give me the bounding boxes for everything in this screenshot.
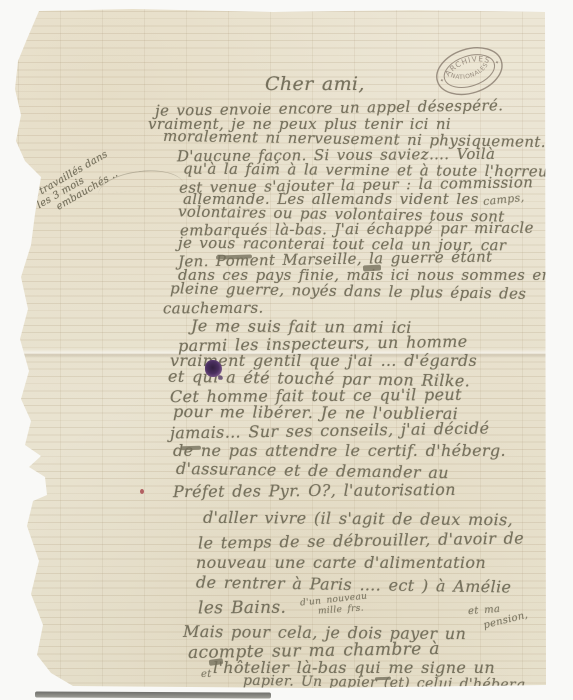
letter-line: Préfet des Pyr. O?, l'autorisation — [173, 480, 456, 501]
letter-line: de ne pas attendre le certif. d'héberg. — [173, 441, 506, 460]
interlinear-note: et — [201, 669, 212, 680]
ink-strike-mark — [181, 446, 201, 451]
letter-line: nouveau une carte d'alimentation — [196, 553, 486, 572]
letter-line: d'assurance et de demander au — [176, 459, 449, 482]
letter-page: ARCHIVES NATIONALES ✦ ✦ Cher ami, je vou… — [13, 9, 546, 688]
under-sheet-edge — [35, 691, 271, 698]
ink-blot — [205, 360, 222, 377]
red-speck — [140, 489, 144, 494]
interlinear-note: et ma — [468, 604, 501, 617]
scribble-mark — [23, 192, 39, 204]
letter-line: le temps de se débrouiller, d'avoir de — [198, 528, 524, 552]
scan-background: ARCHIVES NATIONALES ✦ ✦ Cher ami, je vou… — [0, 0, 573, 700]
ink-strike-mark — [375, 677, 391, 681]
stamp-right-star: ✦ — [494, 60, 500, 67]
letter-line: d'aller vivre (il s'agit de deux mois, — [203, 508, 513, 529]
interlinear-note: camps, — [482, 191, 525, 208]
interlinear-note: mille frs. — [318, 603, 365, 616]
salutation: Cher ami, — [265, 73, 365, 95]
letter-line: papier. Un papier (et) celui d'héberg. — [243, 673, 530, 694]
letter-line: jamais… Sur ses conseils, j'ai décidé — [170, 418, 490, 442]
ink-strike-mark — [363, 265, 381, 272]
letter-line: les Bains. — [198, 598, 286, 619]
letter-line: cauchemars. — [163, 299, 264, 318]
